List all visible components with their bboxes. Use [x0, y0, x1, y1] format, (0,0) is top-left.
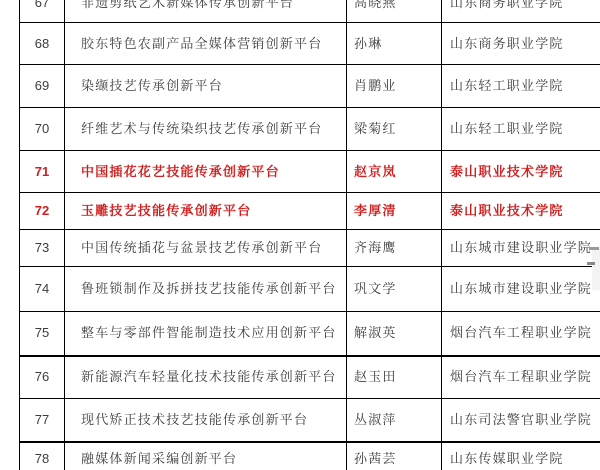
leader-name-text: 赵京岚: [354, 164, 397, 179]
leader-name-text: 解淑英: [354, 325, 397, 340]
leader-name-text: 李厚清: [354, 203, 397, 218]
school-name-text: 烟台汽车工程职业学院: [450, 325, 592, 340]
cell-leader-name: 肖鹏业: [347, 65, 442, 108]
row-number-text: 69: [35, 78, 49, 93]
school-name-text: 山东传媒职业学院: [450, 451, 564, 466]
cell-platform-name: 染缬技艺传承创新平台: [65, 65, 347, 108]
cell-row-number: 68: [20, 23, 65, 65]
school-name-text: 山东城市建设职业学院: [450, 281, 592, 296]
leader-name-text: 丛淑萍: [354, 412, 397, 427]
cell-school-name: 山东商务职业学院: [442, 23, 600, 65]
cell-row-number: 75: [20, 312, 65, 356]
school-name-text: 山东轻工职业学院: [450, 121, 564, 136]
cell-platform-name: 鲁班锁制作及拆拼技艺技能传承创新平台: [65, 267, 347, 312]
cell-leader-name: 齐海鹰: [347, 230, 442, 267]
row-number-text: 73: [35, 240, 49, 255]
table-row: 70 纤维艺术与传统染织技艺传承创新平台 梁菊红 山东轻工职业学院: [20, 108, 600, 151]
cell-leader-name: 赵玉田: [347, 356, 442, 399]
cell-leader-name: 高晓燕: [347, 0, 442, 23]
table-row: 75 整车与零部件智能制造技术应用创新平台 解淑英 烟台汽车工程职业学院: [20, 312, 600, 356]
school-name-text: 山东司法警官职业学院: [450, 412, 592, 427]
cell-leader-name: 丛淑萍: [347, 399, 442, 442]
school-name-text: 山东轻工职业学院: [450, 78, 564, 93]
cell-row-number: 71: [20, 151, 65, 193]
cell-row-number: 78: [20, 442, 65, 470]
row-number-text: 78: [35, 451, 49, 466]
cell-platform-name: 纤维艺术与传统染织技艺传承创新平台: [65, 108, 347, 151]
cell-leader-name: 孙琳: [347, 23, 442, 65]
leader-name-text: 肖鹏业: [354, 78, 397, 93]
right-margin-tick-icon: [587, 262, 595, 265]
cell-school-name: 烟台汽车工程职业学院: [442, 312, 600, 356]
row-number-text: 72: [35, 203, 49, 218]
platform-name-text: 纤维艺术与传统染织技艺传承创新平台: [81, 121, 322, 136]
cell-row-number: 72: [20, 193, 65, 230]
cell-row-number: 70: [20, 108, 65, 151]
school-name-text: 山东商务职业学院: [450, 36, 564, 51]
platform-name-text: 胶东特色农副产品全媒体营销创新平台: [81, 36, 322, 51]
table-row: 77 现代矫正技术技艺技能传承创新平台 丛淑萍 山东司法警官职业学院: [20, 399, 600, 442]
school-name-text: 泰山职业技术学院: [450, 203, 564, 218]
school-name-text: 山东商务职业学院: [450, 0, 600, 13]
cell-leader-name: 赵京岚: [347, 151, 442, 193]
row-number-text: 70: [35, 121, 49, 136]
table-row: 76 新能源汽车轻量化技术技能传承创新平台 赵玉田 烟台汽车工程职业学院: [20, 356, 600, 399]
row-number-text: 67: [20, 0, 64, 13]
row-number-text: 77: [35, 412, 49, 427]
row-number-text: 68: [35, 36, 49, 51]
table-row: 71 中国插花花艺技能传承创新平台 赵京岚 泰山职业技术学院: [20, 151, 600, 193]
platform-name-text: 鲁班锁制作及拆拼技艺技能传承创新平台: [81, 281, 337, 296]
cell-platform-name: 融媒体新闻采编创新平台: [65, 442, 347, 470]
cell-school-name: 山东轻工职业学院: [442, 65, 600, 108]
school-name-text: 烟台汽车工程职业学院: [450, 369, 592, 384]
cell-leader-name: 孙茜芸: [347, 442, 442, 470]
cell-platform-name: 中国插花花艺技能传承创新平台: [65, 151, 347, 193]
cell-platform-name: 胶东特色农副产品全媒体营销创新平台: [65, 23, 347, 65]
school-name-text: 泰山职业技术学院: [450, 164, 564, 179]
cell-platform-name: 非遗剪纸艺术新媒体传承创新平台: [65, 0, 347, 23]
cell-leader-name: 解淑英: [347, 312, 442, 356]
row-number-text: 71: [35, 164, 49, 179]
table-row: 68 胶东特色农副产品全媒体营销创新平台 孙琳 山东商务职业学院: [20, 23, 600, 65]
cell-school-name: 山东城市建设职业学院: [442, 267, 600, 312]
row-number-text: 75: [35, 325, 49, 340]
table-row: 67 非遗剪纸艺术新媒体传承创新平台 高晓燕 山东商务职业学院: [20, 0, 600, 23]
row-number-text: 74: [35, 281, 49, 296]
cell-school-name: 泰山职业技术学院: [442, 151, 600, 193]
table-row: 78 融媒体新闻采编创新平台 孙茜芸 山东传媒职业学院: [20, 442, 600, 470]
leader-name-text: 孙茜芸: [354, 451, 397, 466]
leader-name-text: 赵玉田: [354, 369, 397, 384]
platform-name-text: 玉雕技艺技能传承创新平台: [81, 203, 251, 218]
platform-name-text: 中国传统插花与盆景技艺传承创新平台: [81, 240, 322, 255]
cell-school-name: 山东城市建设职业学院: [442, 230, 600, 267]
table-row: 72 玉雕技艺技能传承创新平台 李厚清 泰山职业技术学院: [20, 193, 600, 230]
platform-approval-table: 67 非遗剪纸艺术新媒体传承创新平台 高晓燕 山东商务职业学院 68 胶东特色农…: [19, 0, 600, 470]
cell-row-number: 69: [20, 65, 65, 108]
cell-platform-name: 整车与零部件智能制造技术应用创新平台: [65, 312, 347, 356]
cell-row-number: 73: [20, 230, 65, 267]
platform-name-text: 新能源汽车轻量化技术技能传承创新平台: [81, 369, 337, 384]
cell-platform-name: 新能源汽车轻量化技术技能传承创新平台: [65, 356, 347, 399]
right-margin-tick-icon: [589, 247, 599, 250]
school-name-text: 山东城市建设职业学院: [450, 240, 592, 255]
results-table-body: 67 非遗剪纸艺术新媒体传承创新平台 高晓燕 山东商务职业学院 68 胶东特色农…: [20, 0, 600, 470]
cell-row-number: 77: [20, 399, 65, 442]
cell-school-name: 烟台汽车工程职业学院: [442, 356, 600, 399]
cell-leader-name: 李厚清: [347, 193, 442, 230]
leader-name-text: 梁菊红: [354, 121, 397, 136]
cell-row-number: 76: [20, 356, 65, 399]
platform-name-text: 整车与零部件智能制造技术应用创新平台: [81, 325, 337, 340]
right-margin-strip: [592, 247, 600, 290]
cell-platform-name: 现代矫正技术技艺技能传承创新平台: [65, 399, 347, 442]
document-page: 67 非遗剪纸艺术新媒体传承创新平台 高晓燕 山东商务职业学院 68 胶东特色农…: [0, 0, 600, 470]
cell-leader-name: 梁菊红: [347, 108, 442, 151]
row-number-text: 76: [35, 369, 49, 384]
table-row: 69 染缬技艺传承创新平台 肖鹏业 山东轻工职业学院: [20, 65, 600, 108]
table-row: 74 鲁班锁制作及拆拼技艺技能传承创新平台 巩文学 山东城市建设职业学院: [20, 267, 600, 312]
cell-platform-name: 中国传统插花与盆景技艺传承创新平台: [65, 230, 347, 267]
platform-name-text: 非遗剪纸艺术新媒体传承创新平台: [81, 0, 342, 13]
leader-name-text: 巩文学: [354, 281, 397, 296]
platform-name-text: 现代矫正技术技艺技能传承创新平台: [81, 412, 308, 427]
platform-name-text: 融媒体新闻采编创新平台: [81, 451, 237, 466]
cell-platform-name: 玉雕技艺技能传承创新平台: [65, 193, 347, 230]
cell-school-name: 山东司法警官职业学院: [442, 399, 600, 442]
platform-name-text: 染缬技艺传承创新平台: [81, 78, 223, 93]
leader-name-text: 孙琳: [354, 36, 382, 51]
cell-school-name: 山东商务职业学院: [442, 0, 600, 23]
cell-school-name: 山东轻工职业学院: [442, 108, 600, 151]
cell-school-name: 泰山职业技术学院: [442, 193, 600, 230]
cell-school-name: 山东传媒职业学院: [442, 442, 600, 470]
leader-name-text: 齐海鹰: [354, 240, 397, 255]
cell-row-number: 67: [20, 0, 65, 23]
cell-row-number: 74: [20, 267, 65, 312]
table-row: 73 中国传统插花与盆景技艺传承创新平台 齐海鹰 山东城市建设职业学院: [20, 230, 600, 267]
leader-name-text: 高晓燕: [354, 0, 441, 13]
cell-leader-name: 巩文学: [347, 267, 442, 312]
platform-name-text: 中国插花花艺技能传承创新平台: [81, 164, 280, 179]
